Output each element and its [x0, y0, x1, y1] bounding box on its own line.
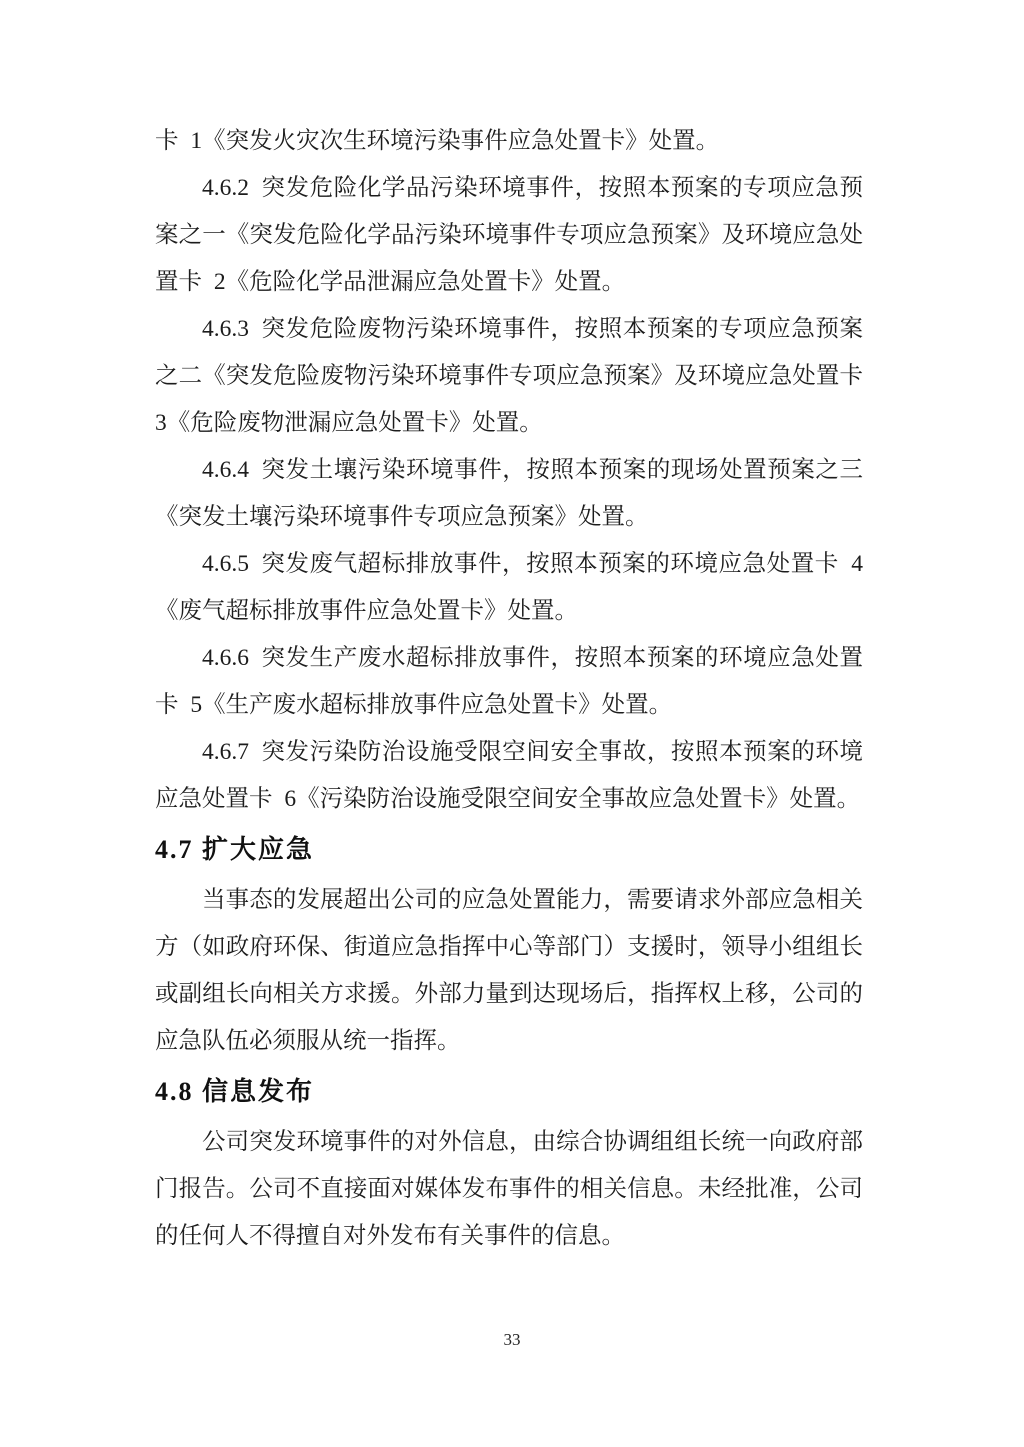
- paragraph-4-6-4: 4.6.4 突发土壤污染环境事件，按照本预案的现场处置预案之三《突发土壤污染环境…: [155, 447, 863, 541]
- paragraph-4-6-2: 4.6.2 突发危险化学品污染环境事件，按照本预案的专项应急预案之一《突发危险化…: [155, 165, 863, 306]
- paragraph-4-6-6: 4.6.6 突发生产废水超标排放事件，按照本预案的环境应急处置卡 5《生产废水超…: [155, 635, 863, 729]
- paragraph-expand-emergency: 当事态的发展超出公司的应急处置能力，需要请求外部应急相关方（如政府环保、街道应急…: [155, 877, 863, 1065]
- paragraph-4-6-3: 4.6.3 突发危险废物污染环境事件，按照本预案的专项应急预案之二《突发危险废物…: [155, 306, 863, 447]
- section-heading-4-7: 4.7 扩大应急: [155, 823, 863, 877]
- paragraph-information-release: 公司突发环境事件的对外信息，由综合协调组组长统一向政府部门报告。公司不直接面对媒…: [155, 1119, 863, 1260]
- document-body: 卡 1《突发火灾次生环境污染事件应急处置卡》处置。 4.6.2 突发危险化学品污…: [155, 118, 863, 1260]
- document-page: 卡 1《突发火灾次生环境污染事件应急处置卡》处置。 4.6.2 突发危险化学品污…: [0, 0, 1024, 1447]
- paragraph-4-6-5: 4.6.5 突发废气超标排放事件，按照本预案的环境应急处置卡 4《废气超标排放事…: [155, 541, 863, 635]
- section-heading-4-8: 4.8 信息发布: [155, 1065, 863, 1119]
- paragraph-4-6-7: 4.6.7 突发污染防治设施受限空间安全事故，按照本预案的环境应急处置卡 6《污…: [155, 729, 863, 823]
- page-number: 33: [0, 1330, 1024, 1350]
- paragraph-continuation-card1: 卡 1《突发火灾次生环境污染事件应急处置卡》处置。: [155, 118, 863, 165]
